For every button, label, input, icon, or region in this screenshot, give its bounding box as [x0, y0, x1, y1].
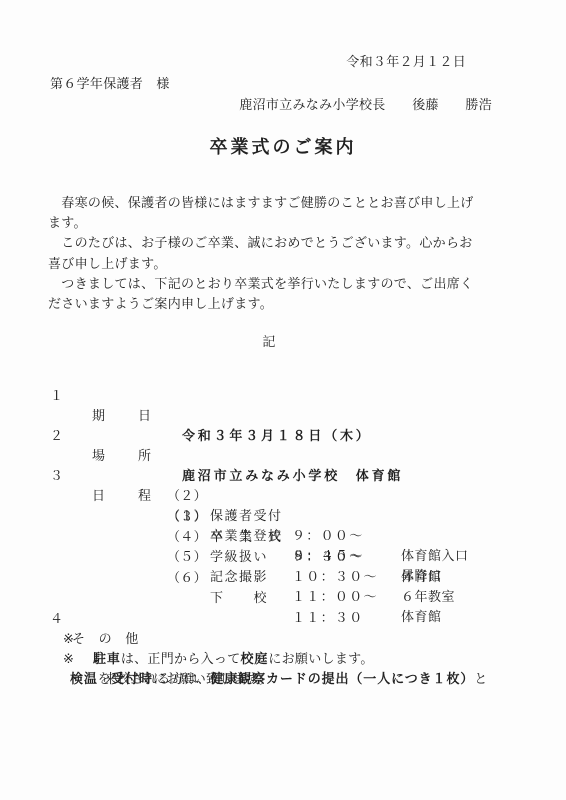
note-segment: と [474, 671, 487, 686]
item-row-place: ２ 場 所 鹿沼市立みなみ小学校 体育館 [0, 406, 566, 426]
sender-line: 鹿沼市立みなみ小学校長 後藤 勝浩 [0, 95, 566, 115]
note-segment: を [98, 671, 111, 686]
item-row-date: １ 期 日 令和３年３月１８日（木） [0, 366, 566, 386]
schedule-event-cell: 記念撮影 [210, 567, 268, 587]
body-line: 春寒の候、保護者の皆様にはますますご健勝のこととお喜び申し上げ [48, 193, 474, 213]
note-segment: にお願い致します。 [153, 671, 272, 686]
record-heading: 記 [0, 332, 566, 352]
body-line: ます。 [48, 213, 87, 233]
schedule-row: （６） 下 校 １１：３０ [0, 548, 566, 568]
issue-date: 令和３年２月１２日 [0, 52, 566, 72]
note-row: ※ 来校される方は、健康観察カードの提出（一人につき１枚）と [0, 629, 566, 649]
addressee-line: 第６学年保護者 様 [50, 74, 170, 94]
schedule-number-cell: （６） [167, 568, 207, 588]
note-segment: 検温 [70, 671, 98, 686]
page-title: 卒業式のご案内 [0, 135, 566, 159]
other-section-label: ４ そ の 他 [0, 589, 566, 609]
note-row: 検温を受付時にお願い致します。 [0, 649, 566, 669]
schedule-row: ３ 日 程 （１） 卒業生登校 ８：４５～ 昇降口 [0, 446, 566, 466]
schedule-row: （５） 記念撮影 １１：００～ 体育館 [0, 527, 566, 547]
body-line: つきましては、下記のとおり卒業式を挙行いたしますので、ご出席く [48, 274, 473, 294]
schedule-row: （４） 学級扱い １０：３０～ ６年教室 [0, 507, 566, 527]
note-segment: 受付時 [111, 671, 153, 686]
item-number: ２ [50, 426, 63, 446]
note-text: 検温を受付時にお願い致します。 [70, 669, 272, 689]
schedule-row: （２） 保護者受付 ９：００～ 体育館入口 [0, 466, 566, 486]
body-line: このたびは、お子様のご卒業、誠におめでとうございます。心からお [48, 233, 473, 253]
item-value: 令和３年３月１８日（木） [182, 426, 372, 446]
schedule-time-cell: １０：３０～ [292, 567, 378, 587]
body-line: ださいますようご案内申し上げます。 [48, 294, 273, 314]
schedule-row: （３） 卒 業 式 ９：３０～ 体育館 [0, 487, 566, 507]
letter-page: 令和３年２月１２日 第６学年保護者 様 鹿沼市立みなみ小学校長 後藤 勝浩 卒業… [0, 0, 566, 800]
item-number: １ [50, 386, 63, 406]
body-line: 喜び申し上げます。 [48, 254, 167, 274]
schedule-place-cell: 体育館 [401, 567, 442, 587]
note-row: ※ 駐車は、正門から入って校庭にお願いします。 [0, 609, 566, 629]
